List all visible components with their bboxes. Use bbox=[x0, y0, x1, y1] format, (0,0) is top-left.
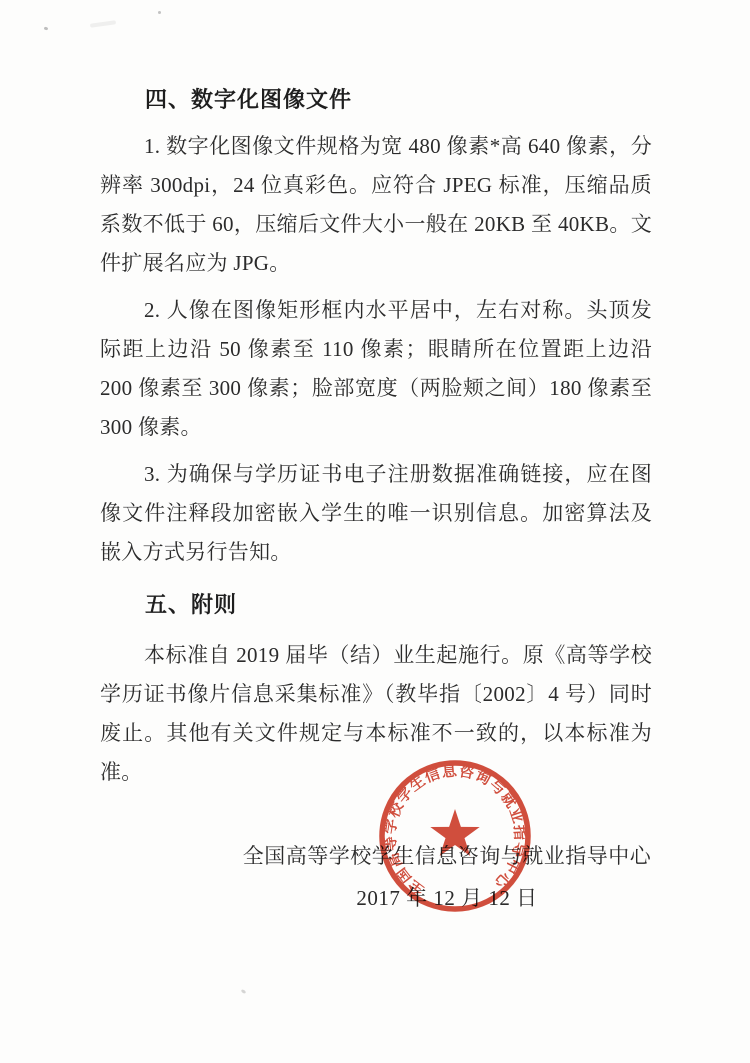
signature-organization: 全国高等学校学生信息咨询与就业指导中心 bbox=[242, 837, 652, 876]
scan-artifact bbox=[158, 11, 161, 14]
section-heading-5: 五、附则 bbox=[100, 585, 652, 624]
section4-paragraph-1: 1. 数字化图像文件规格为宽 480 像素*高 640 像素，分辨率 300dp… bbox=[100, 127, 652, 283]
scan-artifact bbox=[90, 20, 116, 28]
scanned-document-page: 四、数字化图像文件 1. 数字化图像文件规格为宽 480 像素*高 640 像素… bbox=[0, 0, 750, 1063]
document-body: 四、数字化图像文件 1. 数字化图像文件规格为宽 480 像素*高 640 像素… bbox=[100, 80, 652, 918]
scan-artifact bbox=[44, 26, 49, 30]
section-heading-4: 四、数字化图像文件 bbox=[100, 80, 652, 119]
scan-artifact bbox=[241, 989, 247, 994]
section4-paragraph-2: 2. 人像在图像矩形框内水平居中，左右对称。头顶发际距上边沿 50 像素至 11… bbox=[100, 291, 652, 447]
section4-paragraph-3: 3. 为确保与学历证书电子注册数据准确链接，应在图像文件注释段加密嵌入学生的唯一… bbox=[100, 455, 652, 572]
signature-block: 全国高等学校学生信息咨询与就业指导中心 2017 年 12 月 12 日 bbox=[242, 837, 652, 918]
section5-paragraph-1: 本标准自 2019 届毕（结）业生起施行。原《高等学校学历证书像片信息采集标准》… bbox=[100, 636, 652, 792]
signature-date: 2017 年 12 月 12 日 bbox=[242, 879, 652, 918]
